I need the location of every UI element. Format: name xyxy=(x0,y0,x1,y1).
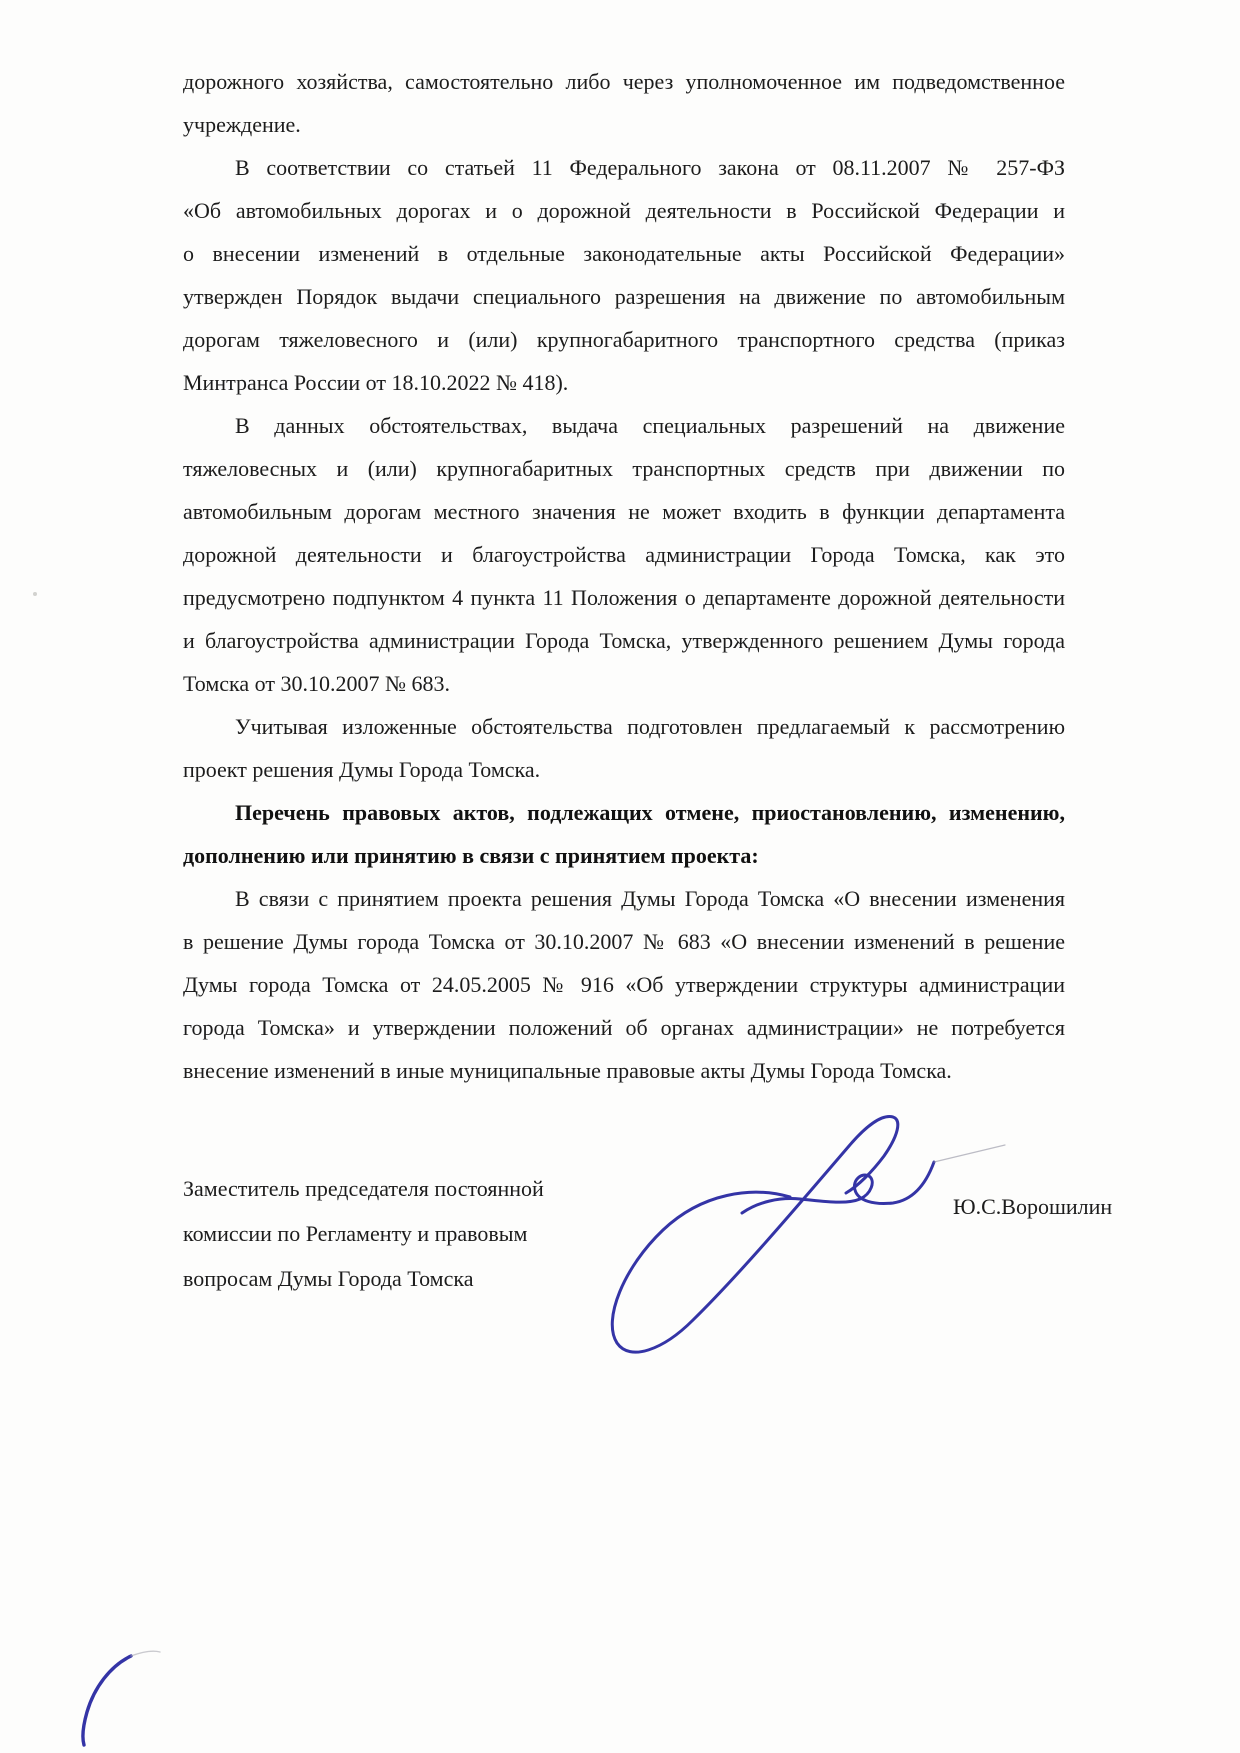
text-line: утвержден Порядок выдачи специального ра… xyxy=(183,275,1065,318)
signer-position-line: комиссии по Регламенту и правовым xyxy=(183,1211,743,1256)
text-line: дополнению или принятию в связи с принят… xyxy=(183,834,1065,877)
document-page: дорожного хозяйства, самостоятельно либо… xyxy=(0,0,1240,1753)
scan-speck xyxy=(33,592,37,596)
signature-block: Заместитель председателя постояннойкомис… xyxy=(183,1166,1063,1366)
signer-name: Ю.С.Ворошилин xyxy=(953,1194,1112,1220)
text-line: дорожного хозяйства, самостоятельно либо… xyxy=(183,60,1065,103)
text-line: города Томска» и утверждении положений о… xyxy=(183,1006,1065,1049)
text-line: «Об автомобильных дорогах и о дорожной д… xyxy=(183,189,1065,232)
text-line: проект решения Думы Города Томска. xyxy=(183,748,1065,791)
text-line: Томска от 30.10.2007 № 683. xyxy=(183,662,1065,705)
text-line: предусмотрено подпунктом 4 пункта 11 Пол… xyxy=(183,576,1065,619)
stray-pen-mark xyxy=(83,1651,160,1745)
text-line: внесение изменений в иные муниципальные … xyxy=(183,1049,1065,1092)
text-line: дорогам тяжеловесного и (или) крупногаба… xyxy=(183,318,1065,361)
text-line: учреждение. xyxy=(183,103,1065,146)
text-line: В данных обстоятельствах, выдача специал… xyxy=(183,404,1065,447)
signer-position-line: Заместитель председателя постоянной xyxy=(183,1166,743,1211)
text-line: о внесении изменений в отдельные законод… xyxy=(183,232,1065,275)
text-line: Минтранса России от 18.10.2022 № 418). xyxy=(183,361,1065,404)
text-line: и благоустройства администрации Города Т… xyxy=(183,619,1065,662)
text-line: Учитывая изложенные обстоятельства подго… xyxy=(183,705,1065,748)
text-line: В соответствии со статьей 11 Федеральног… xyxy=(183,146,1065,189)
text-line: В связи с принятием проекта решения Думы… xyxy=(183,877,1065,920)
text-line: в решение Думы города Томска от 30.10.20… xyxy=(183,920,1065,963)
text-line: Думы города Томска от 24.05.2005 № 916 «… xyxy=(183,963,1065,1006)
signer-position-line: вопросам Думы Города Томска xyxy=(183,1256,743,1301)
text-line: автомобильным дорогам местного значения … xyxy=(183,490,1065,533)
text-line: тяжеловесных и (или) крупногабаритных тр… xyxy=(183,447,1065,490)
document-body: дорожного хозяйства, самостоятельно либо… xyxy=(183,60,1065,1092)
text-line: Перечень правовых актов, подлежащих отме… xyxy=(183,791,1065,834)
text-line: дорожной деятельности и благоустройства … xyxy=(183,533,1065,576)
signer-position: Заместитель председателя постояннойкомис… xyxy=(183,1166,743,1301)
